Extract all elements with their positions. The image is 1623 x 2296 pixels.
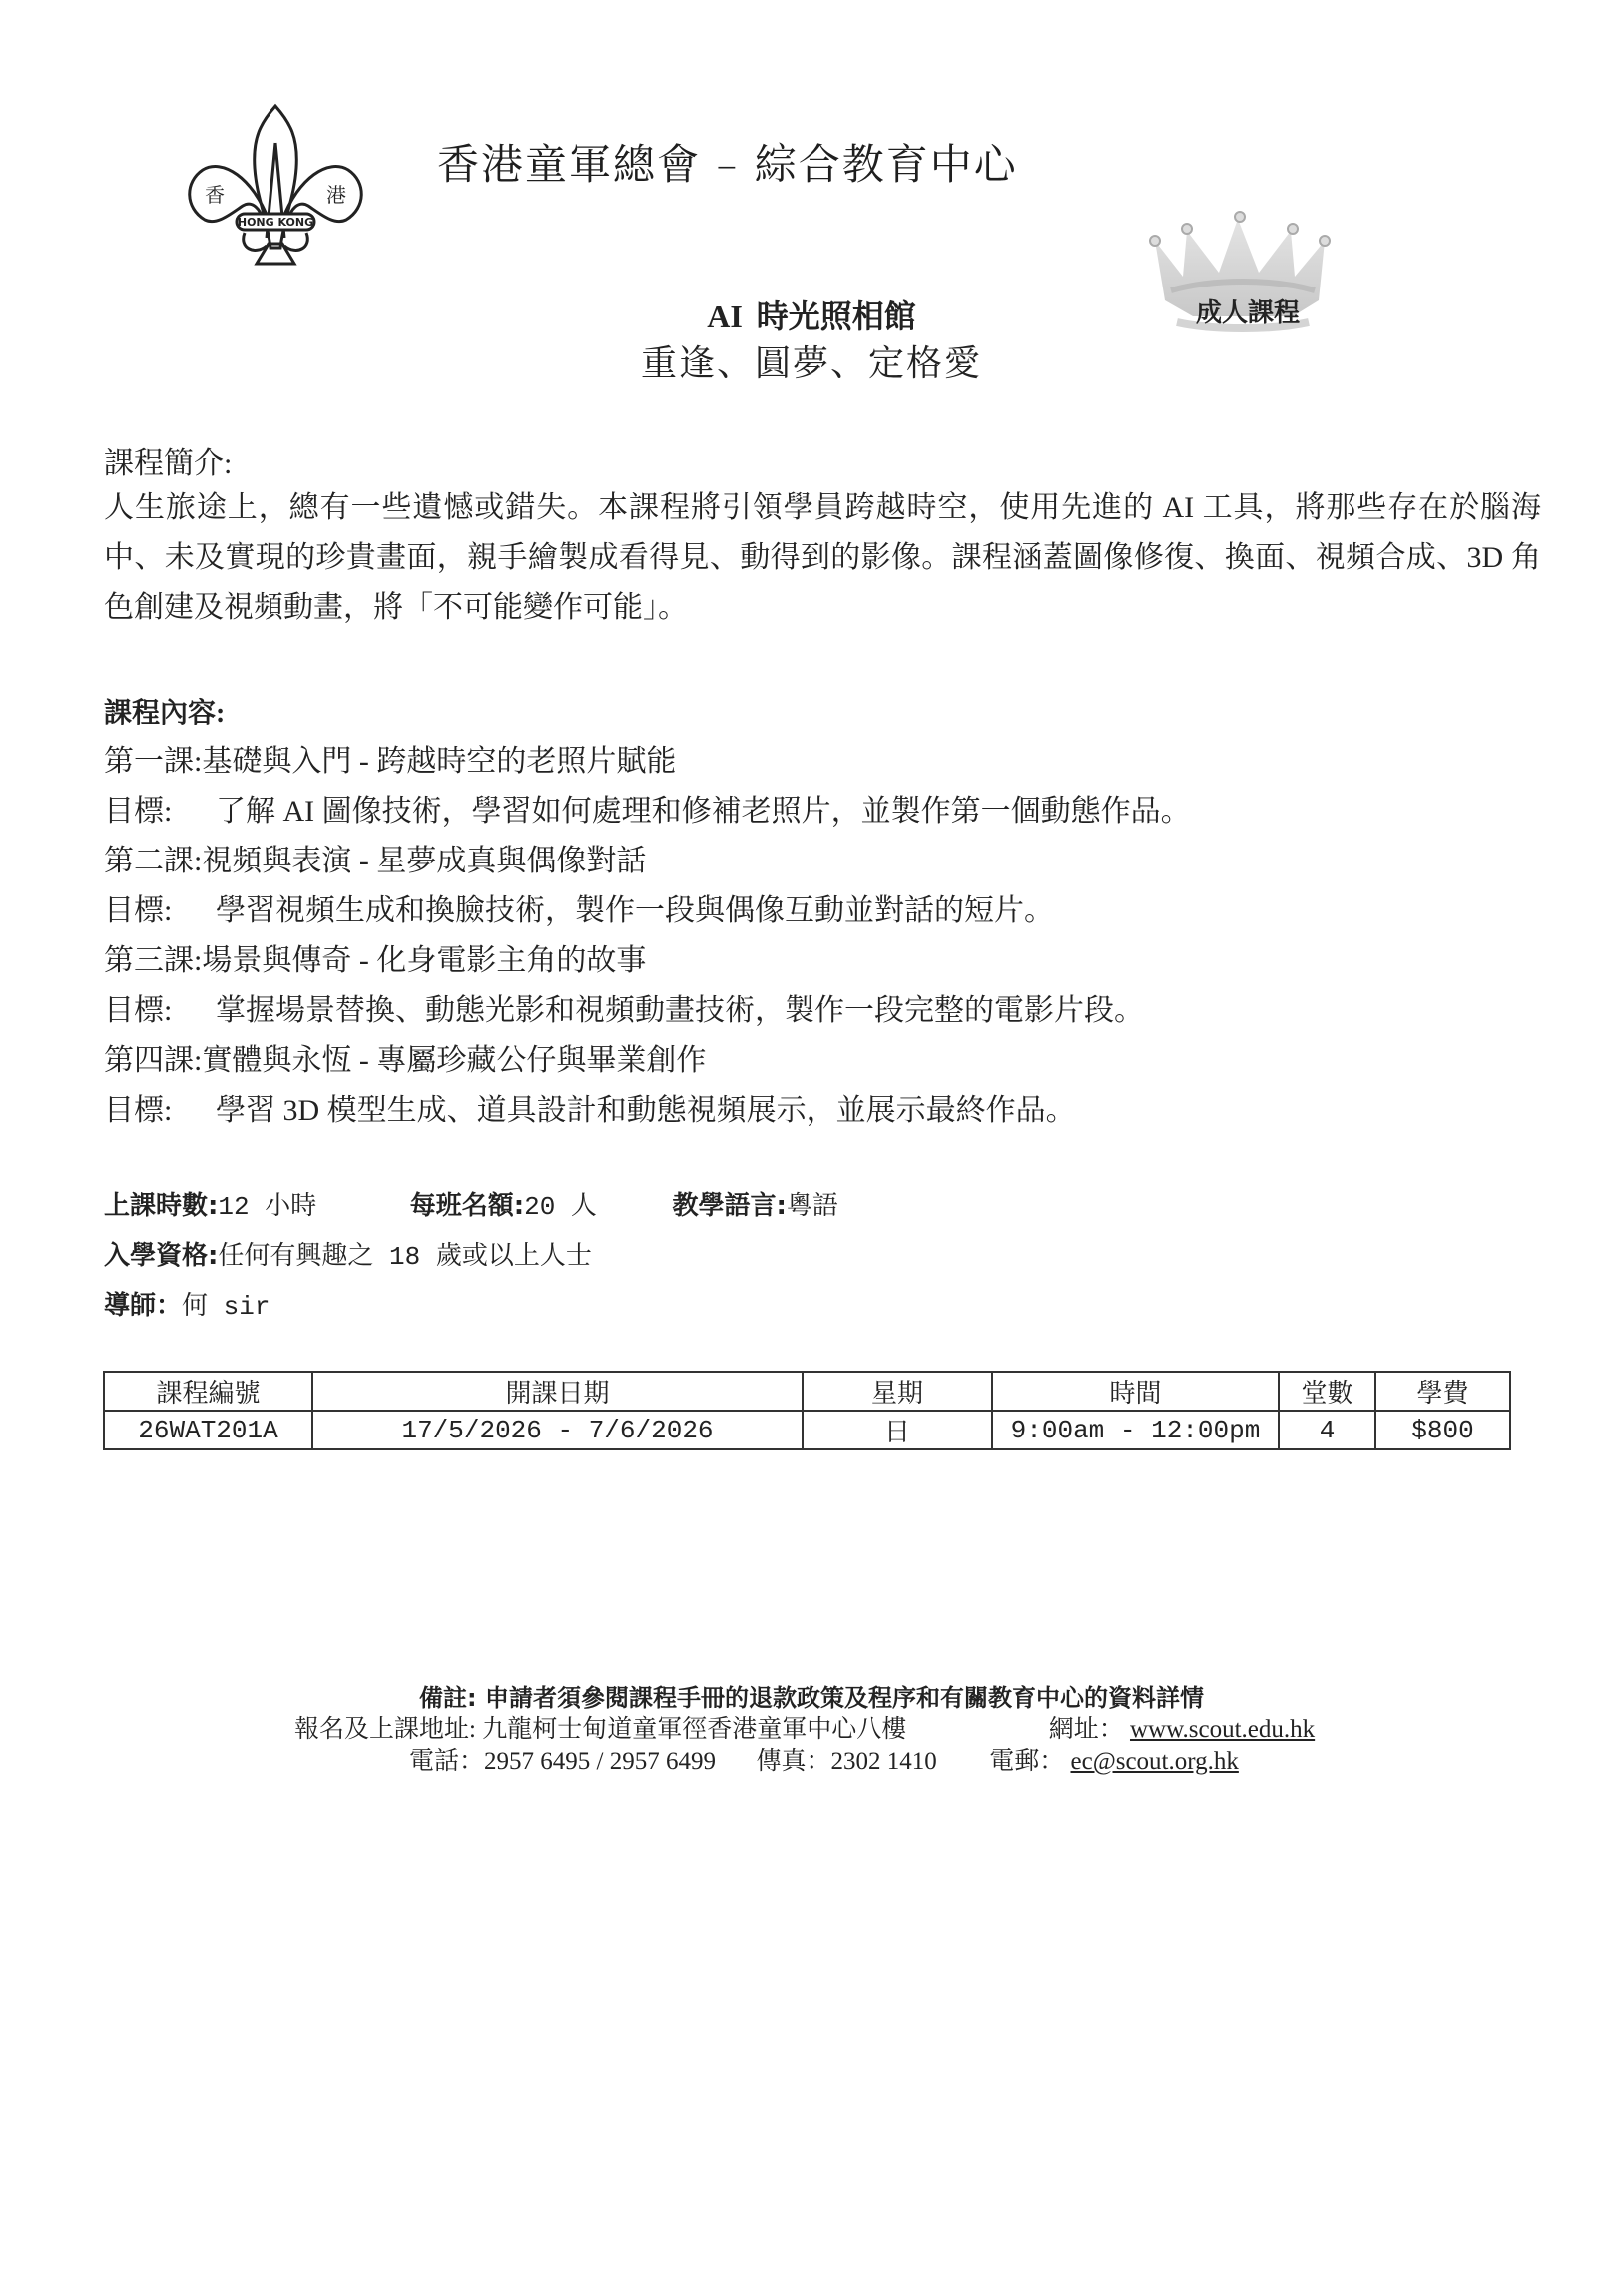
tutor-row: 導師：何 sir [104, 1280, 270, 1332]
website-label: 網址： [1049, 1716, 1124, 1743]
scout-logo: HONG KONG 香 港 [183, 98, 368, 272]
tutor-value: 何 sir [182, 1292, 270, 1322]
footer-address-line: 報名及上課地址: 九龍柯士甸道童軍徑香港童軍中心八樓 網址： www.scout… [294, 1715, 1315, 1745]
website-link[interactable]: www.scout.edu.hk [1130, 1716, 1315, 1743]
course-subtitle: 重逢、圓夢、定格愛 [0, 335, 1623, 386]
eligibility-label: 入學資格: [104, 1241, 218, 1271]
goal-text: 了解 AI 圖像技術，學習如何處理和修補老照片，並製作第一個動態作品。 [216, 795, 1191, 828]
footer-contact-line: 電話：2957 6495 / 2957 6499 傳真：2302 1410 電郵… [409, 1747, 1239, 1777]
language-label: 教學語言: [672, 1191, 786, 1221]
intro-paragraph: 人生旅途上，總有一些遺憾或錯失。本課程將引領學員跨越時空，使用先進的 AI 工具… [104, 483, 1541, 633]
cell-sessions: 4 [1279, 1411, 1375, 1449]
lesson-title-2: 第二課:視頻與表演 - 星夢成真與偶像對話 [104, 837, 1191, 886]
lesson-title: 場景與傳奇 - 化身電影主角的故事 [202, 944, 646, 977]
logo-right-char: 港 [326, 183, 346, 207]
goal-text: 學習視頻生成和換臉技術，製作一段與偶像互動並對話的短片。 [216, 894, 1054, 927]
table-header-row: 課程編號 開課日期 星期 時間 堂數 學費 [104, 1372, 1510, 1411]
lesson-goal-1: 目標:了解 AI 圖像技術，學習如何處理和修補老照片，並製作第一個動態作品。 [104, 787, 1191, 837]
lesson-label: 第二課: [104, 837, 202, 886]
scout-fleur-de-lis-icon: HONG KONG 香 港 [183, 98, 368, 272]
header-course-code: 課程編號 [104, 1372, 312, 1411]
email-label: 電郵： [989, 1748, 1064, 1775]
cell-course-code: 26WAT201A [104, 1411, 312, 1449]
org-title: 香港童軍總會 – 綜合教育中心 [437, 132, 1018, 192]
lesson-label: 第一課: [104, 737, 202, 787]
eligibility-row: 入學資格:任何有興趣之 18 歲或以上人士 [104, 1230, 592, 1282]
logo-left-char: 香 [205, 183, 225, 207]
content-heading: 課程內容: [104, 689, 225, 739]
lesson-list: 第一課:基礎與入門 - 跨越時空的老照片賦能 目標:了解 AI 圖像技術，學習如… [104, 737, 1191, 1136]
quota-value: 20 人 [524, 1192, 597, 1222]
goal-label: 目標: [104, 787, 216, 837]
hours-value: 12 小時 [218, 1192, 316, 1222]
lesson-label: 第三課: [104, 936, 202, 986]
footer-note: 備註: 申請者須參閱課程手冊的退款政策及程序和有關教育中心的資料詳情 [0, 1683, 1623, 1713]
cell-weekday: 日 [803, 1411, 992, 1449]
course-info-row: 上課時數:12 小時 每班名額:20 人 教學語言:粵語 [104, 1180, 838, 1232]
course-title-prefix: AI [707, 298, 743, 334]
fax-label: 傳真： [756, 1748, 830, 1775]
lesson-title: 視頻與表演 - 星夢成真與偶像對話 [202, 845, 646, 877]
header-start-date: 開課日期 [312, 1372, 803, 1411]
logo-band-text: HONG KONG [238, 216, 313, 229]
intro-heading: 課程簡介: [104, 439, 232, 489]
lesson-title: 實體與永恆 - 專屬珍藏公仔與畢業創作 [202, 1044, 706, 1077]
header-weekday: 星期 [803, 1372, 992, 1411]
cell-fee: $800 [1375, 1411, 1510, 1449]
goal-label: 目標: [104, 886, 216, 936]
lesson-goal-2: 目標:學習視頻生成和換臉技術，製作一段與偶像互動並對話的短片。 [104, 886, 1191, 936]
table-row: 26WAT201A 17/5/2026 - 7/6/2026 日 9:00am … [104, 1411, 1510, 1449]
lesson-title-4: 第四課:實體與永恆 - 專屬珍藏公仔與畢業創作 [104, 1036, 1191, 1086]
header-sessions: 堂數 [1279, 1372, 1375, 1411]
address-value: 九龍柯士甸道童軍徑香港童軍中心八樓 [482, 1716, 906, 1743]
schedule-table: 課程編號 開課日期 星期 時間 堂數 學費 26WAT201A 17/5/202… [103, 1371, 1511, 1450]
tutor-label: 導師： [104, 1291, 182, 1321]
lesson-title-1: 第一課:基礎與入門 - 跨越時空的老照片賦能 [104, 737, 1191, 787]
hours-label: 上課時數: [104, 1191, 218, 1221]
lesson-goal-4: 目標:學習 3D 模型生成、道具設計和動態視頻展示，並展示最終作品。 [104, 1086, 1191, 1136]
phone-value: 2957 6495 / 2957 6499 [484, 1748, 716, 1775]
lesson-title-3: 第三課:場景與傳奇 - 化身電影主角的故事 [104, 936, 1191, 986]
address-label: 報名及上課地址: [294, 1716, 476, 1743]
header-time: 時間 [992, 1372, 1279, 1411]
goal-label: 目標: [104, 986, 216, 1036]
header-fee: 學費 [1375, 1372, 1510, 1411]
phone-label: 電話： [409, 1748, 484, 1775]
lesson-title: 基礎與入門 - 跨越時空的老照片賦能 [202, 745, 676, 778]
email-link[interactable]: ec@scout.org.hk [1071, 1748, 1239, 1775]
fax-value: 2302 1410 [830, 1748, 936, 1775]
cell-start-date: 17/5/2026 - 7/6/2026 [312, 1411, 803, 1449]
goal-text: 學習 3D 模型生成、道具設計和動態視頻展示，並展示最終作品。 [216, 1094, 1076, 1127]
course-title: AI時光照相館 [0, 291, 1623, 337]
lesson-label: 第四課: [104, 1036, 202, 1086]
language-value: 粵語 [787, 1192, 838, 1222]
cell-time: 9:00am - 12:00pm [992, 1411, 1279, 1449]
goal-label: 目標: [104, 1086, 216, 1136]
course-title-text: 時光照相館 [757, 297, 916, 335]
lesson-goal-3: 目標:掌握場景替換、動態光影和視頻動畫技術，製作一段完整的電影片段。 [104, 986, 1191, 1036]
eligibility-value: 任何有興趣之 18 歲或以上人士 [218, 1242, 591, 1272]
quota-label: 每班名額: [410, 1191, 524, 1221]
goal-text: 掌握場景替換、動態光影和視頻動畫技術，製作一段完整的電影片段。 [216, 994, 1144, 1027]
